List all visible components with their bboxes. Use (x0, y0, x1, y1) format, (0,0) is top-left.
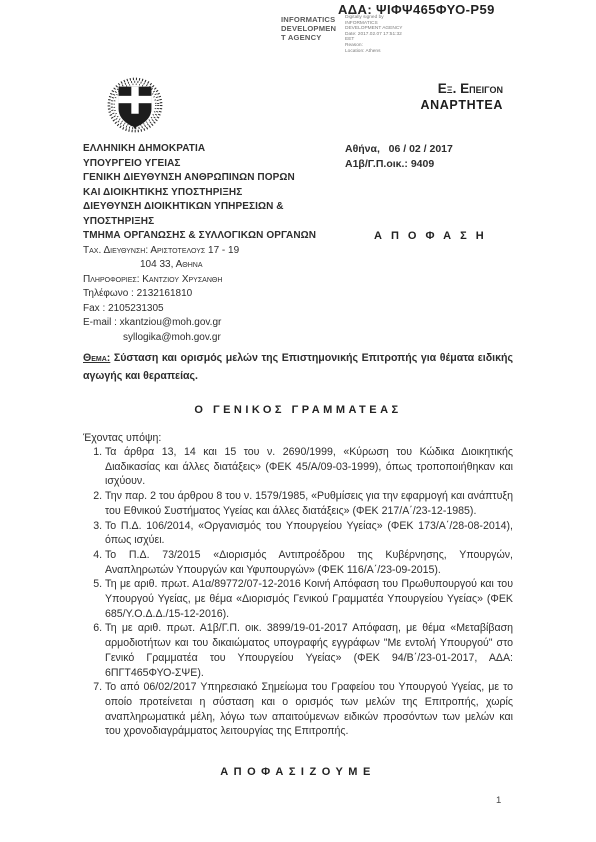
ministry-line: ΕΛΛΗΝΙΚΗ ΔΗΜΟΚΡΑΤΙΑ (83, 142, 345, 157)
decide-heading: ΑΠΟΦΑΣΙΖΟΥΜΕ (83, 766, 513, 778)
page-number: 1 (496, 795, 501, 806)
email-line-2: syllogika@moh.gov.gr (83, 331, 513, 346)
ministry-line: ΔΙΕΥΘΥΝΣΗ ΔΙΟΙΚΗΤΙΚΩΝ ΥΠΗΡΕΣΙΩΝ & (83, 200, 345, 215)
consideration-item: Τη με αριθ. πρωτ. Α1α/89772/07-12-2016 Κ… (105, 577, 513, 621)
urgency-block: Εξ. Επειγον ΑΝΑΡΤΗΤΕΑ (421, 81, 503, 113)
signature-agency-name: INFORMATICS DEVELOPMEN T AGENCY (281, 15, 339, 54)
contact-block: Ταχ. Διευθυνση: Αριστοτελους 17 - 19 104… (83, 244, 513, 346)
urgency-label: Εξ. Επειγον (421, 81, 503, 97)
subject-label: Θεμα: (83, 352, 110, 364)
secretary-heading: Ο ΓΕΝΙΚΟΣ ΓΡΑΜΜΑΤΕΑΣ (83, 404, 513, 416)
ministry-line: ΚΑΙ ΔΙΟΙΚΗΤΙΚΗΣ ΥΠΟΣΤΗΡΙΞΗΣ (83, 186, 345, 201)
protocol-number: Α1β/Γ.Π.οικ.: 9409 (345, 157, 513, 172)
considerations-list: Τα άρθρα 13, 14 και 15 του ν. 2690/1999,… (83, 445, 513, 739)
ministry-line: ΤΜΗΜΑ ΟΡΓΑΝΩΣΗΣ & ΣΥΛΛΟΓΙΚΩΝ ΟΡΓΑΝΩΝ (83, 229, 345, 244)
consideration-item: Το από 06/02/2017 Υπηρεσιακό Σημείωμα το… (105, 680, 513, 739)
having-regard-line: Έχοντας υπόψη: (83, 432, 513, 444)
anartitea-label: ΑΝΑΡΤΗΤΕΑ (421, 97, 503, 113)
phone-line: Τηλέφωνο : 2132161810 (83, 287, 513, 302)
postal-address: Ταχ. Διευθυνση: Αριστοτελους 17 - 19 (83, 244, 513, 259)
subject-paragraph: Θεμα: Σύσταση και ορισμός μελών της Επισ… (83, 350, 513, 385)
ministry-block: ΕΛΛΗΝΙΚΗ ΔΗΜΟΚΡΑΤΙΑ ΥΠΟΥΡΓΕΙΟ ΥΓΕΙΑΣ ΓΕΝ… (83, 142, 345, 244)
postal-city: 104 33, Αθηνα (83, 258, 513, 273)
apofasi-label: ΑΠΟΦΑΣΗ (374, 229, 513, 244)
email-line: E-mail : xkantziou@moh.gov.gr (83, 316, 513, 331)
document-page: ΑΔΑ: ΨΙΦΨ465ΦΥΟ-Ρ59 INFORMATICS DEVELOPM… (0, 0, 596, 842)
ministry-line: ΥΠΟΣΤΗΡΙΞΗΣ (83, 215, 345, 230)
ministry-line: ΓΕΝΙΚΗ ΔΙΕΥΘΥΝΣΗ ΑΝΘΡΩΠΙΝΩΝ ΠΟΡΩΝ (83, 171, 345, 186)
document-body: ΕΛΛΗΝΙΚΗ ΔΗΜΟΚΡΑΤΙΑ ΥΠΟΥΡΓΕΙΟ ΥΓΕΙΑΣ ΓΕΝ… (83, 142, 513, 778)
header-row: ΕΛΛΗΝΙΚΗ ΔΗΜΟΚΡΑΤΙΑ ΥΠΟΥΡΓΕΙΟ ΥΓΕΙΑΣ ΓΕΝ… (83, 142, 513, 244)
fax-line: Fax : 2105231305 (83, 302, 513, 317)
signature-agency-line: T AGENCY (281, 33, 339, 42)
consideration-item: Το Π.Δ. 73/2015 «Διορισμός Αντιπροέδρου … (105, 548, 513, 577)
subject-text: Σύσταση και ορισμός μελών της Επιστημονι… (83, 352, 513, 382)
greek-coat-of-arms-icon (104, 76, 166, 136)
signature-detail-line: Location: Athens (345, 49, 415, 55)
signature-details: Digitally signed by INFORMATICS DEVELOPM… (345, 15, 415, 54)
signature-agency-line: DEVELOPMEN (281, 24, 339, 33)
signature-agency-line: INFORMATICS (281, 15, 339, 24)
consideration-item: Τη με αριθ. πρωτ. Α1β/Γ.Π. οικ. 3899/19-… (105, 621, 513, 680)
consideration-item: Το Π.Δ. 106/2014, «Οργανισμός του Υπουργ… (105, 519, 513, 548)
date-protocol-block: Αθήνα, 06 / 02 / 2017 Α1β/Γ.Π.οικ.: 9409… (345, 142, 513, 244)
city-date: Αθήνα, 06 / 02 / 2017 (345, 142, 513, 157)
consideration-item: Την παρ. 2 του άρθρου 8 του ν. 1579/1985… (105, 489, 513, 518)
digital-signature-stamp: INFORMATICS DEVELOPMEN T AGENCY Digitall… (281, 15, 415, 54)
ministry-line: ΥΠΟΥΡΓΕΙΟ ΥΓΕΙΑΣ (83, 157, 345, 172)
consideration-item: Τα άρθρα 13, 14 και 15 του ν. 2690/1999,… (105, 445, 513, 489)
information-contact: Πληροφοριες: Καντζιου Χρυσανθη (83, 273, 513, 288)
